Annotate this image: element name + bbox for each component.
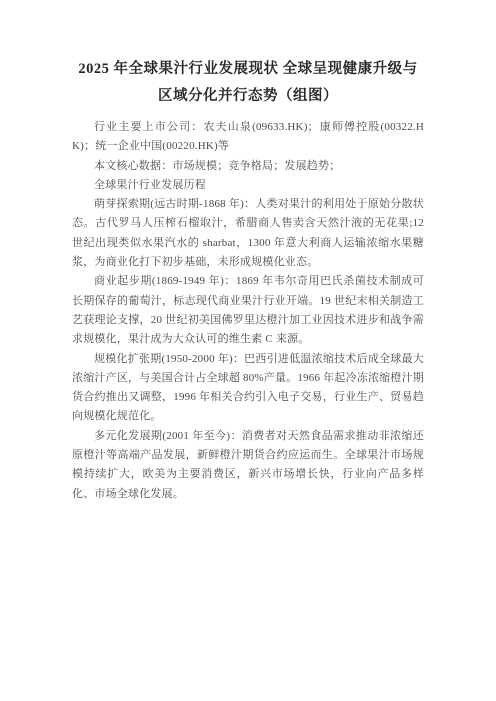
document-page: 2025 年全球果汁行业发展现状 全球呈现健康升级与区域分化并行态势（组图） 行… xyxy=(0,0,496,701)
paragraph-diversification-period: 多元化发展期(2001 年至今)：消费者对天然食品需求推动非浓缩还原橙汁等高端产… xyxy=(72,427,424,504)
document-body: 行业主要上市公司：农夫山泉(09633.HK)；康师傅控股(00322.HK)；… xyxy=(72,118,424,504)
paragraph-exploration-period: 萌芽探索期(远古时期-1868 年)：人类对果汁的利用处于原始分散状态。古代罗马… xyxy=(72,195,424,272)
paragraph-listed-companies: 行业主要上市公司：农夫山泉(09633.HK)；康师傅控股(00322.HK)；… xyxy=(72,118,424,157)
paragraph-section-heading-history: 全球果汁行业发展历程 xyxy=(72,176,424,195)
paragraph-commercial-start-period: 商业起步期(1869-1949 年)：1869 年韦尔奇用巴氏杀菌技术制成可长期… xyxy=(72,272,424,349)
paragraph-scale-expansion-period: 规模化扩张期(1950-2000 年)：巴西引进低温浓缩技术后成全球最大浓缩汁产… xyxy=(72,350,424,427)
document-title: 2025 年全球果汁行业发展现状 全球呈现健康升级与区域分化并行态势（组图） xyxy=(72,56,424,110)
paragraph-core-data: 本文核心数据：市场规模；竞争格局；发展趋势； xyxy=(72,157,424,176)
